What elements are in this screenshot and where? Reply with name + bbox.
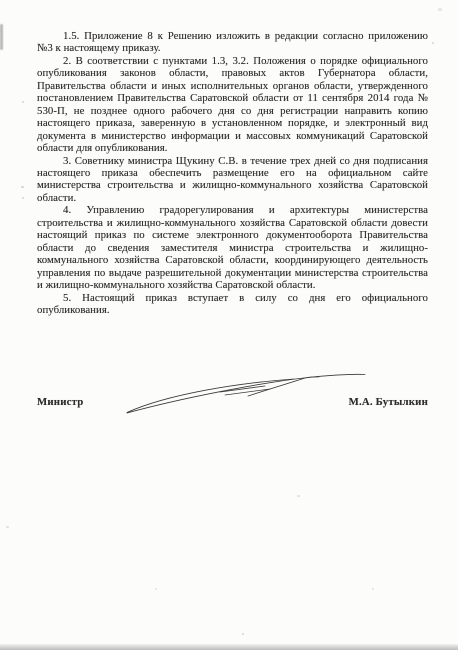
scan-artifact [432, 42, 434, 44]
paragraph-4: 4. Управлению градорегулирования и архит… [37, 204, 428, 291]
scan-artifact [6, 526, 9, 528]
paragraph-5: 5. Настоящий приказ вступает в силу со д… [37, 292, 428, 317]
signer-role: Министр [37, 396, 84, 408]
paragraph-3: 3. Советнику министра Щукину С.В. в тече… [37, 155, 428, 205]
scan-artifact [22, 197, 24, 199]
document-body: 1.5. Приложение 8 к Решению изложить в р… [37, 30, 428, 316]
signer-name: М.А. Бутылкин [349, 396, 428, 408]
signature-row: Министр М.А. Бутылкин [37, 396, 428, 408]
scanned-document-page: 1.5. Приложение 8 к Решению изложить в р… [0, 0, 458, 650]
paragraph-1-5: 1.5. Приложение 8 к Решению изложить в р… [37, 30, 428, 55]
handwritten-signature [118, 366, 370, 418]
scan-artifact [297, 495, 300, 497]
page-edge-shadow [0, 644, 458, 650]
scan-artifact [155, 588, 157, 590]
scan-artifact [0, 24, 3, 50]
paragraph-2: 2. В соответствии с пунктами 1.3, 3.2. П… [37, 55, 428, 155]
scan-artifact [438, 8, 442, 11]
scan-artifact [22, 101, 24, 103]
scan-artifact [21, 186, 24, 188]
scan-artifact [372, 588, 374, 590]
scan-artifact [242, 633, 244, 635]
